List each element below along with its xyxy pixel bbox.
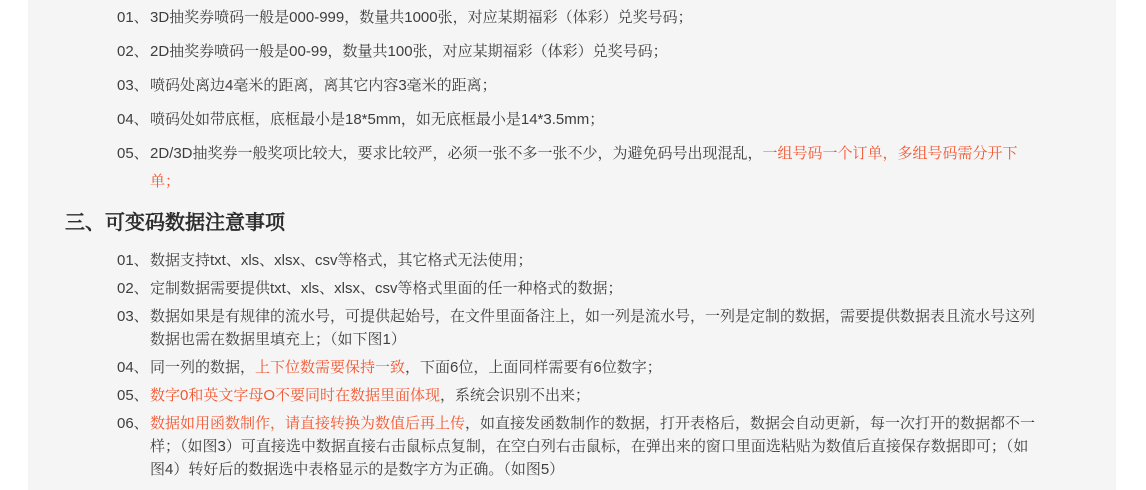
list-item: 02、定制数据需要提供txt、xls、xlsx、csv等格式里面的任一种格式的数…	[117, 277, 1038, 300]
item-text: 喷码处如带底框，底框最小是18*5mm，如无底框最小是14*3.5mm；	[150, 106, 1038, 134]
list-item: 05、数字0和英文字母O不要同时在数据里面体现，系统会识别不出来；	[117, 384, 1038, 407]
item-text: 数据支持txt、xls、xlsx、csv等格式，其它格式无法使用；	[150, 249, 1038, 272]
highlight-text-segment: 数据如用函数制作，请直接转换为数值后再上传	[150, 415, 465, 432]
item-number: 02、	[117, 38, 150, 66]
text-segment: 喷码处如带底框，底框最小是18*5mm，如无底框最小是14*3.5mm；	[150, 111, 604, 128]
text-segment: 喷码处离边4毫米的距离，离其它内容3毫米的距离；	[150, 77, 497, 94]
document-content-panel: 01、3D抽奖券喷码一般是000-999，数量共1000张，对应某期福彩（体彩）…	[28, 0, 1116, 490]
text-segment: 数据支持txt、xls、xlsx、csv等格式，其它格式无法使用；	[150, 252, 533, 269]
section-heading: 三、可变码数据注意事项	[65, 210, 1038, 236]
list-item: 02、2D抽奖券喷码一般是00-99，数量共100张，对应某期福彩（体彩）兑奖号…	[117, 38, 1038, 66]
item-number: 01、	[117, 4, 150, 32]
item-number: 05、	[117, 384, 150, 407]
item-text: 数据如用函数制作，请直接转换为数值后再上传，如直接发函数制作的数据，打开表格后，…	[150, 412, 1038, 481]
list-item: 03、数据如果是有规律的流水号，可提供起始号，在文件里面备注上，如一列是流水号，…	[117, 305, 1038, 351]
item-number: 03、	[117, 72, 150, 100]
item-text: 3D抽奖券喷码一般是000-999，数量共1000张，对应某期福彩（体彩）兑奖号…	[150, 4, 1038, 32]
list-item: 05、2D/3D抽奖券一般奖项比较大，要求比较严，必须一张不多一张不少，为避免码…	[117, 140, 1038, 196]
text-segment: ，下面6位，上面同样需要有6位数字；	[405, 359, 662, 376]
item-text: 数据如果是有规律的流水号，可提供起始号，在文件里面备注上，如一列是流水号，一列是…	[150, 305, 1038, 351]
numbered-list-lottery-code-notes: 01、3D抽奖券喷码一般是000-999，数量共1000张，对应某期福彩（体彩）…	[117, 4, 1038, 196]
list-item: 04、喷码处如带底框，底框最小是18*5mm，如无底框最小是14*3.5mm；	[117, 106, 1038, 134]
item-number: 04、	[117, 356, 150, 379]
text-segment: 数据如果是有规律的流水号，可提供起始号，在文件里面备注上，如一列是流水号，一列是…	[150, 308, 1035, 348]
list-item: 04、同一列的数据，上下位数需要保持一致，下面6位，上面同样需要有6位数字；	[117, 356, 1038, 379]
highlight-text-segment: 数字0和英文字母O不要同时在数据里面体现	[150, 387, 440, 404]
text-segment: ，系统会识别不出来；	[440, 387, 590, 404]
item-number: 04、	[117, 106, 150, 134]
item-number: 02、	[117, 277, 150, 300]
item-number: 06、	[117, 412, 150, 481]
list-item: 01、数据支持txt、xls、xlsx、csv等格式，其它格式无法使用；	[117, 249, 1038, 272]
text-segment: 2D抽奖券喷码一般是00-99，数量共100张，对应某期福彩（体彩）兑奖号码；	[150, 43, 668, 60]
list-item: 06、数据如用函数制作，请直接转换为数值后再上传，如直接发函数制作的数据，打开表…	[117, 412, 1038, 481]
text-segment: 3D抽奖券喷码一般是000-999，数量共1000张，对应某期福彩（体彩）兑奖号…	[150, 9, 693, 26]
item-number: 03、	[117, 305, 150, 351]
item-text: 同一列的数据，上下位数需要保持一致，下面6位，上面同样需要有6位数字；	[150, 356, 1038, 379]
item-number: 01、	[117, 249, 150, 272]
item-number: 05、	[117, 140, 150, 196]
highlight-text-segment: 上下位数需要保持一致	[255, 359, 405, 376]
numbered-list-variable-data-notes: 01、数据支持txt、xls、xlsx、csv等格式，其它格式无法使用；02、定…	[117, 249, 1038, 481]
list-item: 03、喷码处离边4毫米的距离，离其它内容3毫米的距离；	[117, 72, 1038, 100]
item-text: 数字0和英文字母O不要同时在数据里面体现，系统会识别不出来；	[150, 384, 1038, 407]
item-text: 定制数据需要提供txt、xls、xlsx、csv等格式里面的任一种格式的数据；	[150, 277, 1038, 300]
item-text: 2D抽奖券喷码一般是00-99，数量共100张，对应某期福彩（体彩）兑奖号码；	[150, 38, 1038, 66]
text-segment: 2D/3D抽奖券一般奖项比较大，要求比较严，必须一张不多一张不少，为避免码号出现…	[150, 145, 763, 162]
item-text: 2D/3D抽奖券一般奖项比较大，要求比较严，必须一张不多一张不少，为避免码号出现…	[150, 140, 1038, 196]
item-text: 喷码处离边4毫米的距离，离其它内容3毫米的距离；	[150, 72, 1038, 100]
text-segment: 同一列的数据，	[150, 359, 255, 376]
list-item: 01、3D抽奖券喷码一般是000-999，数量共1000张，对应某期福彩（体彩）…	[117, 4, 1038, 32]
text-segment: 定制数据需要提供txt、xls、xlsx、csv等格式里面的任一种格式的数据；	[150, 280, 623, 297]
